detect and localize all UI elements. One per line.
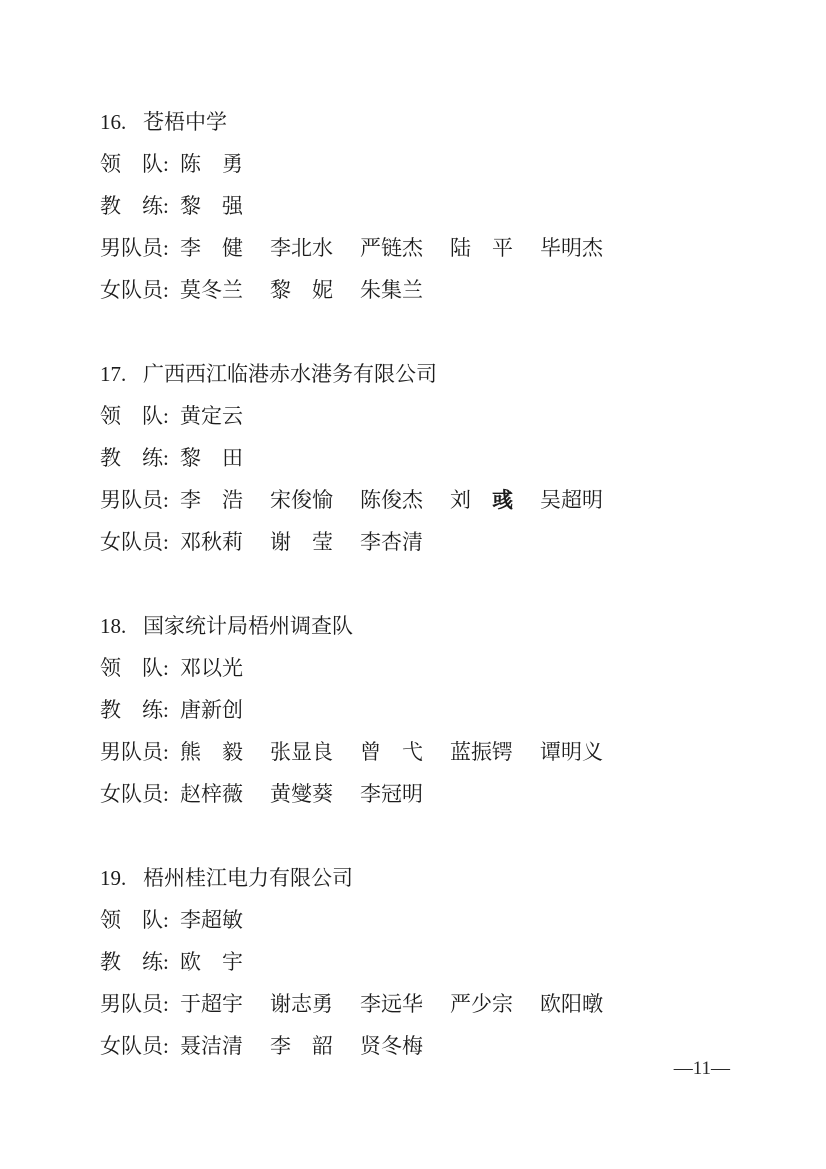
row-value: 邓以光 [180,656,243,680]
row-label: 教 练: [100,941,180,983]
member-name: 蓝振锷 [450,740,513,764]
team-entry: 16.苍梧中学 领 队:陈 勇 教 练:黎 强 男队员:李 健李北水严链杰陆 平… [100,101,766,311]
member-name-bold-char: 彧 [492,488,513,512]
male-members-row: 男队员:于超宇谢志勇李远华严少宗欧阳暾 [100,983,766,1025]
member-name: 毕明杰 [540,236,603,260]
member-name: 李冠明 [360,782,423,806]
row-value: 黄定云 [180,404,243,428]
member-name: 吴超明 [540,488,603,512]
row-label: 男队员: [100,983,180,1025]
row-label: 女队员: [100,521,180,563]
coach-row: 教 练:欧 宇 [100,941,766,983]
row-label: 领 队: [100,395,180,437]
member-name: 欧阳暾 [540,992,603,1016]
member-name: 聂洁清 [180,1034,243,1058]
row-value: 李超敏 [180,908,243,932]
team-name: 梧州桂江电力有限公司 [143,866,353,890]
member-name: 于超宇 [180,992,243,1016]
member-name: 李远华 [360,992,423,1016]
member-name: 陆 平 [450,236,513,260]
team-heading: 16.苍梧中学 [100,101,766,143]
member-name: 刘 彧 [450,488,513,512]
member-name-normal-part: 刘 [450,488,492,512]
row-label: 领 队: [100,899,180,941]
male-members-row: 男队员:熊 毅张显良曾 弋蓝振锷谭明义 [100,731,766,773]
row-label: 领 队: [100,647,180,689]
member-name: 宋俊愉 [270,488,333,512]
member-name: 李北水 [270,236,333,260]
team-number: 19. [100,857,143,899]
leader-row: 领 队:陈 勇 [100,143,766,185]
team-entry: 18.国家统计局梧州调查队 领 队:邓以光 教 练:唐新创 男队员:熊 毅张显良… [100,605,766,815]
member-name: 严链杰 [360,236,423,260]
row-value: 欧 宇 [180,950,243,974]
leader-row: 领 队:邓以光 [100,647,766,689]
row-label: 教 练: [100,437,180,479]
member-name: 曾 弋 [360,740,423,764]
leader-row: 领 队:李超敏 [100,899,766,941]
row-label: 教 练: [100,185,180,227]
member-name: 谢志勇 [270,992,333,1016]
member-name: 赵梓薇 [180,782,243,806]
row-value: 黎 强 [180,194,243,218]
team-number: 17. [100,353,143,395]
leader-row: 领 队:黄定云 [100,395,766,437]
female-members-row: 女队员:赵梓薇黄燮葵李冠明 [100,773,766,815]
row-value: 唐新创 [180,698,243,722]
member-name: 谢 莹 [270,530,333,554]
female-members-row: 女队员:聂洁清李 韶贤冬梅 [100,1025,766,1067]
team-heading: 19.梧州桂江电力有限公司 [100,857,766,899]
row-label: 领 队: [100,143,180,185]
member-name: 邓秋莉 [180,530,243,554]
page-number: —11— [674,1057,730,1081]
member-name: 谭明义 [540,740,603,764]
coach-row: 教 练:黎 强 [100,185,766,227]
member-name: 熊 毅 [180,740,243,764]
team-heading: 17.广西西江临港赤水港务有限公司 [100,353,766,395]
member-name: 陈俊杰 [360,488,423,512]
team-name: 广西西江临港赤水港务有限公司 [143,362,437,386]
team-number: 18. [100,605,143,647]
member-name: 黎 妮 [270,278,333,302]
row-value: 黎 田 [180,446,243,470]
row-label: 男队员: [100,227,180,269]
document-page: 16.苍梧中学 领 队:陈 勇 教 练:黎 强 男队员:李 健李北水严链杰陆 平… [0,0,826,1067]
team-name: 国家统计局梧州调查队 [143,614,353,638]
row-label: 女队员: [100,269,180,311]
male-members-row: 男队员:李 浩宋俊愉陈俊杰刘 彧吴超明 [100,479,766,521]
row-label: 教 练: [100,689,180,731]
coach-row: 教 练:唐新创 [100,689,766,731]
member-name: 李 浩 [180,488,243,512]
member-name: 朱集兰 [360,278,423,302]
member-name: 李杏清 [360,530,423,554]
female-members-row: 女队员:邓秋莉谢 莹李杏清 [100,521,766,563]
team-entry: 19.梧州桂江电力有限公司 领 队:李超敏 教 练:欧 宇 男队员:于超宇谢志勇… [100,857,766,1067]
row-label: 女队员: [100,1025,180,1067]
member-name: 黄燮葵 [270,782,333,806]
team-entry: 17.广西西江临港赤水港务有限公司 领 队:黄定云 教 练:黎 田 男队员:李 … [100,353,766,563]
coach-row: 教 练:黎 田 [100,437,766,479]
member-name: 李 韶 [270,1034,333,1058]
male-members-row: 男队员:李 健李北水严链杰陆 平毕明杰 [100,227,766,269]
female-members-row: 女队员:莫冬兰黎 妮朱集兰 [100,269,766,311]
team-heading: 18.国家统计局梧州调查队 [100,605,766,647]
member-name: 莫冬兰 [180,278,243,302]
member-name: 李 健 [180,236,243,260]
member-name: 贤冬梅 [360,1034,423,1058]
row-label: 女队员: [100,773,180,815]
row-label: 男队员: [100,479,180,521]
team-number: 16. [100,101,143,143]
team-name: 苍梧中学 [143,110,227,134]
row-label: 男队员: [100,731,180,773]
row-value: 陈 勇 [180,152,243,176]
member-name: 严少宗 [450,992,513,1016]
member-name: 张显良 [270,740,333,764]
